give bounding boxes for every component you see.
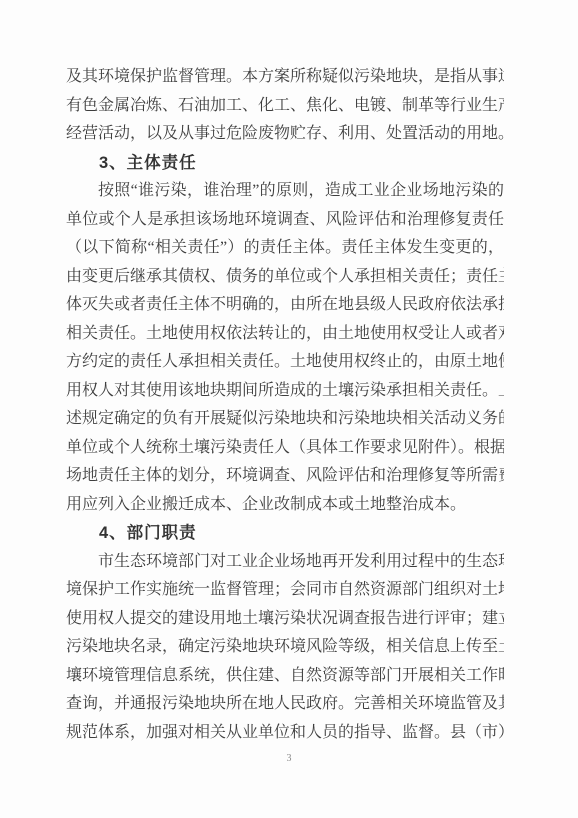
text-line: 境保护工作实施统一监督管理；会同市自然资源部门组织对土地: [66, 576, 504, 605]
text-line: 单位或个人是承担该场地环境调查、风险评估和治理修复责任: [66, 206, 504, 235]
text-line: 规范体系，加强对相关从业单位和人员的指导、监督。县（市）: [66, 719, 504, 748]
text-line: （以下简称“相关责任”）的责任主体。责任主体发生变更的，: [66, 234, 504, 263]
paragraph-section-3: 按照“谁污染，谁治理”的原则，造成工业企业场地污染的 单位或个人是承担该场地环境…: [66, 177, 504, 519]
text-line: 用应列入企业搬迁成本、企业改制成本或土地整治成本。: [66, 491, 504, 520]
text-line: 按照“谁污染，谁治理”的原则，造成工业企业场地污染的: [66, 177, 504, 206]
text-line: 场地责任主体的划分，环境调查、风险评估和治理修复等所需费: [66, 462, 504, 491]
text-line: 查询，并通报污染地块所在地人民政府。完善相关环境监管及其: [66, 690, 504, 719]
section-3-heading: 3、主体责任: [66, 149, 504, 178]
paragraph-section-4: 市生态环境部门对工业企业场地再开发利用过程中的生态环 境保护工作实施统一监督管理…: [66, 548, 504, 748]
text-line: 单位或个人统称土壤污染责任人（具体工作要求见附件）。根据: [66, 434, 504, 463]
text-line: 壤环境管理信息系统，供住建、自然资源等部门开展相关工作时: [66, 662, 504, 691]
section-4-heading: 4、部门职责: [66, 519, 504, 548]
text-line: 市生态环境部门对工业企业场地再开发利用过程中的生态环: [66, 548, 504, 577]
text-line: 体灭失或者责任主体不明确的，由所在地县级人民政府依法承担: [66, 291, 504, 320]
text-line: 述规定确定的负有开展疑似污染地块和污染地块相关活动义务的: [66, 405, 504, 434]
page-number: 3: [0, 753, 578, 764]
text-line: 使用权人提交的建设用地土壤污染状况调查报告进行评审；建立: [66, 605, 504, 634]
document-content: 及其环境保护监督管理。本方案所称疑似污染地块，是指从事过 有色金属冶炼、石油加工…: [66, 63, 504, 747]
text-line: 经营活动，以及从事过危险废物贮存、利用、处置活动的用地。: [66, 120, 504, 149]
text-line: 用权人对其使用该地块期间所造成的土壤污染承担相关责任。上: [66, 377, 504, 406]
paragraph-continuation: 及其环境保护监督管理。本方案所称疑似污染地块，是指从事过 有色金属冶炼、石油加工…: [66, 63, 504, 149]
document-page: 及其环境保护监督管理。本方案所称疑似污染地块，是指从事过 有色金属冶炼、石油加工…: [0, 0, 578, 818]
text-line: 及其环境保护监督管理。本方案所称疑似污染地块，是指从事过: [66, 63, 504, 92]
text-line: 有色金属冶炼、石油加工、化工、焦化、电镀、制革等行业生产: [66, 92, 504, 121]
text-line: 方约定的责任人承担相关责任。土地使用权终止的，由原土地使: [66, 348, 504, 377]
text-line: 相关责任。土地使用权依法转让的，由土地使用权受让人或者双: [66, 320, 504, 349]
text-line: 污染地块名录，确定污染地块环境风险等级，相关信息上传至土: [66, 633, 504, 662]
text-line: 由变更后继承其债权、债务的单位或个人承担相关责任；责任主: [66, 263, 504, 292]
